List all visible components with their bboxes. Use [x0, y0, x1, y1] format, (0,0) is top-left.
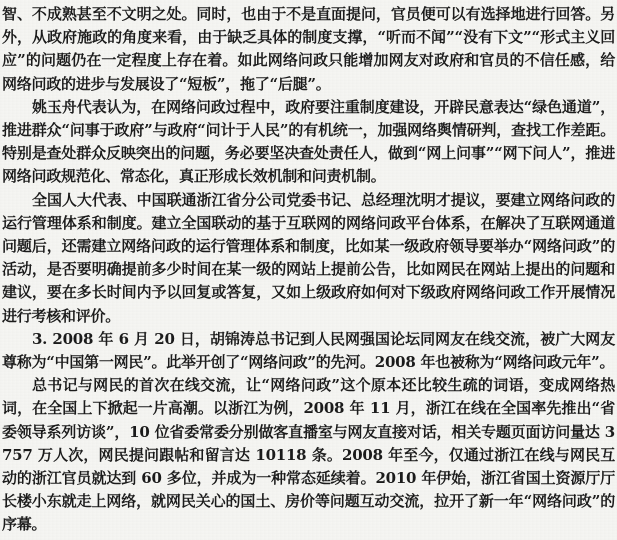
- paragraph-continuation-drawbacks: 智、不成熟甚至不文明之处。同时，也由于不是直面提问，官员便可以有选择地进行回答。…: [2, 3, 615, 96]
- paragraph-item-3-hu-jintao: 3. 2008 年 6 月 20 日，胡锦涛总书记到人民网强国论坛同网友在线交流…: [2, 328, 615, 374]
- paragraph-yao-yuzhou-proposal: 姚玉舟代表认为，在网络问政过程中，政府要注重制度建设，开辟民意表达“绿色通道”，…: [2, 96, 615, 189]
- paragraph-zhejiang-online: 总书记与网民的首次在线交流，让“网络问政”这个原本还比较生疏的词语，变成网络热词…: [2, 374, 615, 536]
- paragraph-shen-mingcai-proposal: 全国人大代表、中国联通浙江省分公司党委书记、总经理沈明才提议，要建立网络问政的运…: [2, 189, 615, 328]
- scanned-document-page: 智、不成熟甚至不文明之处。同时，也由于不是直面提问，官员便可以有选择地进行回答。…: [0, 0, 617, 540]
